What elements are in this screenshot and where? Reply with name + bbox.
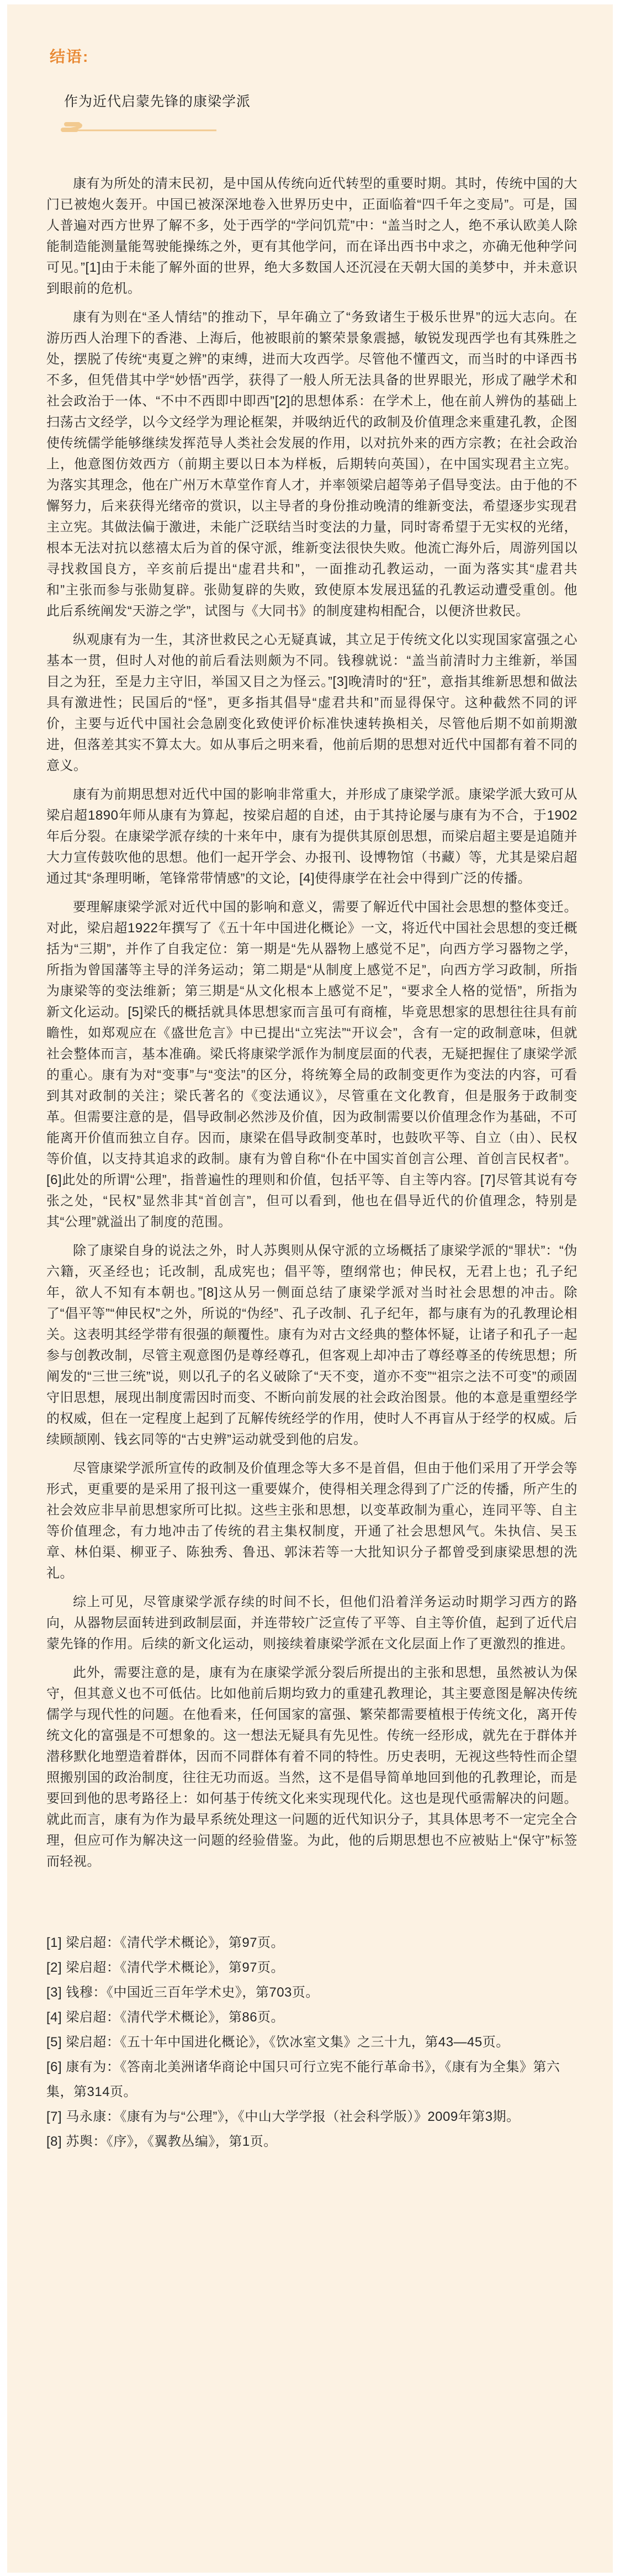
scroll-divider-ornament bbox=[57, 122, 577, 133]
article-paragraph: 除了康梁自身的说法之外，时人苏舆则从保守派的立场概括了康梁学派的“罪状”：“伪六… bbox=[46, 1241, 577, 1450]
footnote-item: [7] 马永康：《康有为与“公理”》，《中山大学学报（社会科学版）》2009年第… bbox=[46, 2104, 577, 2129]
article-paragraph: 康有为所处的清末民初，是中国从传统向近代转型的重要时期。其时，传统中国的大门已被… bbox=[46, 173, 577, 299]
article-paragraph: 纵观康有为一生，其济世救民之心无疑真诚，其立足于传统文化以实现国家富强之心基本一… bbox=[46, 630, 577, 777]
section-label: 结语: bbox=[50, 47, 577, 66]
footnotes: [1] 梁启超：《清代学术概论》，第97页。[2] 梁启超：《清代学术概论》，第… bbox=[46, 1930, 577, 2154]
article-paragraph: 尽管康梁学派所宣传的政制及价值理念等大多不是首倡，但由于他们采用了开学会等形式，… bbox=[46, 1458, 577, 1584]
footnote-item: [1] 梁启超：《清代学术概论》，第97页。 bbox=[46, 1930, 577, 1955]
footnote-item: [4] 梁启超：《清代学术概论》，第86页。 bbox=[46, 2005, 577, 2030]
article-title: 作为近代启蒙先锋的康梁学派 bbox=[64, 93, 577, 110]
footnote-item: [3] 钱穆：《中国近三百年学术史》，第703页。 bbox=[46, 1980, 577, 2005]
article-paragraph: 要理解康梁学派对近代中国的影响和意义，需要了解近代中国社会思想的整体变迁。对此，… bbox=[46, 897, 577, 1233]
footnote-item: [2] 梁启超：《清代学术概论》，第97页。 bbox=[46, 1955, 577, 1980]
article-body: 康有为所处的清末民初，是中国从传统向近代转型的重要时期。其时，传统中国的大门已被… bbox=[46, 173, 577, 1872]
scroll-flourish-icon bbox=[57, 122, 218, 133]
footnote-item: [6] 康有为：《答南北美洲诸华商论中国只可行立宪不能行革命书》，《康有为全集》… bbox=[46, 2055, 577, 2104]
article-paragraph: 此外，需要注意的是，康有为在康梁学派分裂后所提出的主张和思想，虽然被认为保守，但… bbox=[46, 1662, 577, 1872]
article-paragraph: 康有为前期思想对近代中国的影响非常重大，并形成了康梁学派。康梁学派大致可从梁启超… bbox=[46, 784, 577, 889]
article-paragraph: 康有为则在“圣人情结”的推动下，早年确立了“务致诸生于极乐世界”的远大志向。在游… bbox=[46, 307, 577, 622]
article-card: 结语: 作为近代启蒙先锋的康梁学派 康有为所处的清末民初，是中国从传统向近代转型… bbox=[7, 4, 613, 2573]
article-paragraph: 综上可见，尽管康梁学派存续的时间不长，但他们沿着洋务运动时期学习西方的路向，从器… bbox=[46, 1592, 577, 1655]
page: 结语: 作为近代启蒙先锋的康梁学派 康有为所处的清末民初，是中国从传统向近代转型… bbox=[0, 0, 620, 2576]
footnote-item: [5] 梁启超：《五十年中国进化概论》，《饮冰室文集》之三十九，第43—45页。 bbox=[46, 2030, 577, 2055]
footnote-item: [8] 苏舆：《序》，《翼教丛编》，第1页。 bbox=[46, 2129, 577, 2154]
